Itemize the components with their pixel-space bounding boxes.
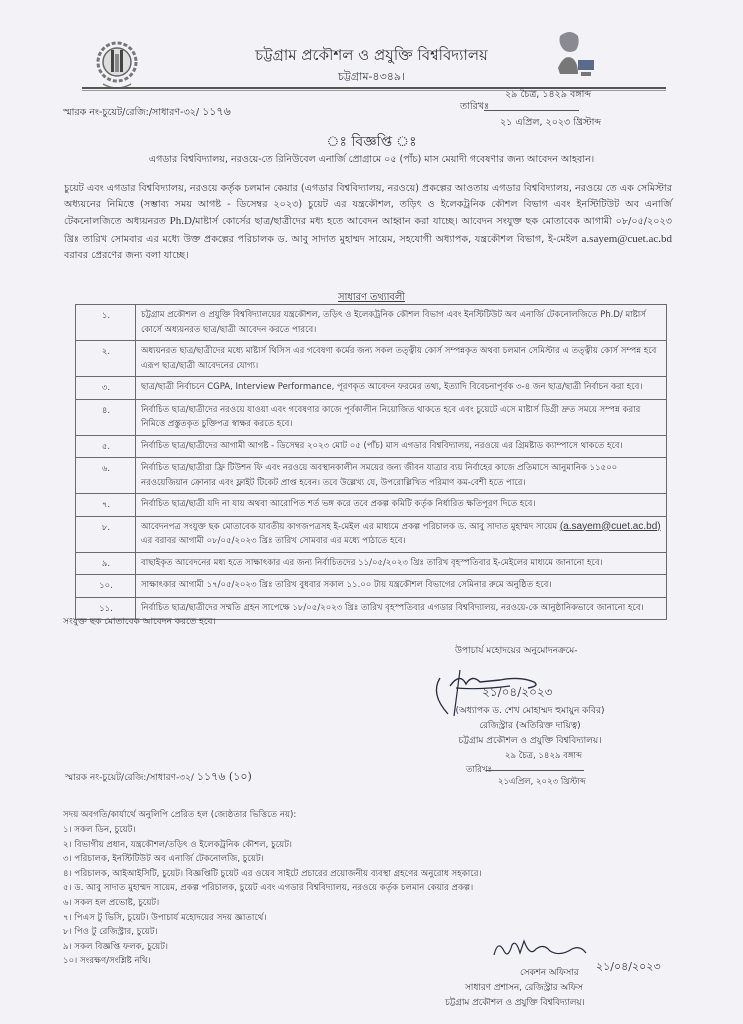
row-text-content: চট্টগ্রাম প্রকৌশল ও প্রযুক্তি বিশ্ববিদ্য… <box>141 310 646 335</box>
date-gregorian: ২১ এপ্রিল, ২০২৩ খ্রিস্টাব্দ <box>500 116 601 131</box>
row-text: আবেদনপত্র সংযুক্ত ছক মোতাবেক যাবতীয় কাগ… <box>136 516 667 552</box>
list-item: ১০। সংরক্ষণ/সংশ্লিষ্ট নথি। <box>63 954 482 969</box>
list-item: ২। বিভাগীয় প্রধান, যন্ত্রকৌশল/তড়িৎ ও ই… <box>63 838 482 853</box>
row-text: নির্বাচিত ছাত্র/ছাত্রীদের আগামী আগষ্ট - … <box>136 435 667 458</box>
row-text-content: অধ্যয়নরত ছাত্র/ছাত্রীদের মধ্যে মাষ্টার্… <box>141 346 656 371</box>
table-row: ৭.নির্বাচিত ছাত্র/ছাত্রী যদি না যায় অথব… <box>76 494 667 517</box>
list-item: ৫। ড. আবু সাদাত মুহাম্মদ সায়েম, প্রকল্প… <box>63 881 482 896</box>
section-officer-signed-date: ২১/০৪/২০২৩ <box>596 958 661 977</box>
row-number: ২. <box>76 341 136 377</box>
attachment-note: সংযুক্ত ছক মোতাবেক আবেদন করতে হবে। <box>63 614 216 629</box>
memo-prefix: স্মারক নং-চুয়েট/রেজি:/সাধারণ-৩২/ <box>63 107 199 118</box>
table-row: ৯.বাছাইকৃত আবেদনের মধ্য হতে সাক্ষাৎকার এ… <box>76 552 667 575</box>
copy-memo-handwritten-number: ১১৭৬ (১০) <box>197 770 252 783</box>
distribution-heading: সদয় অবগতি/কার্যার্থে অনুলিপি প্রেরিত হল… <box>63 808 296 822</box>
table-row: ৪.নির্বাচিত ছাত্র/ছাত্রীদের নরওয়ে যাওয়… <box>76 399 667 435</box>
date-bangla-2: ২৯ চৈত্র, ১৪২৯ বঙ্গাব্দ <box>505 749 582 763</box>
copy-memo-prefix: স্মারক নং-চুয়েট/রেজি:/সাধারণ-৩২/ <box>65 773 194 783</box>
contact-email-link[interactable]: (a.sayem@cuet.ac.bd) <box>560 521 661 532</box>
row-number: ৭. <box>76 494 136 517</box>
date-bangla: ২৯ চৈত্র, ১৪২৯ বঙ্গাব্দ <box>505 88 591 103</box>
row-text-content: বাছাইকৃত আবেদনের মধ্য হতে সাক্ষাৎকার এর … <box>141 558 603 568</box>
section-officer-office: সাধারণ প্রশাসন, রেজিস্ট্রার অফিস <box>465 980 583 995</box>
registrar-signed-date: ২১/০৪/২০২৩ <box>482 684 552 704</box>
date-label: তারিখঃ <box>460 100 489 115</box>
list-item: ৬। সকল হল প্রভোষ্ট, চুয়েট। <box>63 896 482 911</box>
section-officer-signature-icon <box>490 935 600 965</box>
registrar-title: রেজিস্ট্রার (অতিরিক্ত দায়িত্ব) <box>0 718 743 733</box>
notice-subject: এগডার বিশ্ববিদ্যালয়, নরওয়ে-তে রিনিউবেল… <box>0 153 743 168</box>
registrar-name: (অধ্যাপক ড. শেখ মোহাম্মদ হুমায়ুন কবির) <box>0 703 743 718</box>
row-text-content: এর বরাবর আগামী ০৮/০৫/২০২৩ খ্রিঃ তারিখ সো… <box>141 536 406 546</box>
notice-document: চট্টগ্রাম প্রকৌশল ও প্রযুক্তি বিশ্ববিদ্য… <box>0 0 743 1024</box>
row-text-content: নির্বাচিত ছাত্র/ছাত্রী যদি না যায় অথবা … <box>141 499 535 509</box>
section-officer-organization: চট্টগ্রাম প্রকৌশল ও প্রযুক্তি বিশ্ববিদ্য… <box>445 995 585 1010</box>
row-text: চট্টগ্রাম প্রকৌশল ও প্রযুক্তি বিশ্ববিদ্য… <box>136 305 667 341</box>
date-divider <box>484 110 579 111</box>
memo-number: স্মারক নং-চুয়েট/রেজি:/সাধারণ-৩২/ ১১৭৬ <box>63 103 231 122</box>
table-row: ৫.নির্বাচিত ছাত্র/ছাত্রীদের আগামী আগষ্ট … <box>76 435 667 458</box>
row-number: ৮. <box>76 516 136 552</box>
copy-memo-number: স্মারক নং-চুয়েট/রেজি:/সাধারণ-৩২/ ১১৭৬ (… <box>65 768 252 787</box>
university-name: চট্টগ্রাম প্রকৌশল ও প্রযুক্তি বিশ্ববিদ্য… <box>0 44 743 69</box>
row-text: বাছাইকৃত আবেদনের মধ্য হতে সাক্ষাৎকার এর … <box>136 552 667 575</box>
list-item: ১। সকল ডিন, চুয়েট। <box>63 823 482 838</box>
date-gregorian-2: ২১এপ্রিল, ২০২৩ খ্রিস্টাব্দ <box>498 775 586 789</box>
table-row: ২.অধ্যয়নরত ছাত্র/ছাত্রীদের মধ্যে মাষ্টা… <box>76 341 667 377</box>
list-item: ৪। পরিচালক, আইআইসিটি, চুয়েট। বিজ্ঞপ্তিট… <box>63 867 482 882</box>
date-divider-2 <box>486 770 584 771</box>
table-row: ১.চট্টগ্রাম প্রকৌশল ও প্রযুক্তি বিশ্ববিদ… <box>76 305 667 341</box>
list-item: ৮। পিও টু রেজিস্ট্রার, চুয়েট। <box>63 925 482 940</box>
memo-handwritten-number: ১১৭৬ <box>202 105 231 118</box>
notice-body: চুয়েট এবং এগডার বিশ্ববিদ্যালয়, নরওয়ে … <box>64 181 672 264</box>
table-row: ৬.নির্বাচিত ছাত্র/ছাত্রীরা ফ্রি টিউশন ফি… <box>76 458 667 494</box>
university-city: চট্টগ্রাম-৪৩৪৯। <box>0 68 743 87</box>
row-number: ৯. <box>76 552 136 575</box>
general-info-table: ১.চট্টগ্রাম প্রকৌশল ও প্রযুক্তি বিশ্ববিদ… <box>75 304 667 620</box>
body-text: বরাবর প্রেরণের জন্য বলা যাচ্ছে। <box>64 250 189 261</box>
table-row: ৩.ছাত্র/ছাত্রী নির্বাচনে CGPA, Interview… <box>76 377 667 400</box>
registrar-organization: চট্টগ্রাম প্রকৌশল ও প্রযুক্তি বিশ্ববিদ্য… <box>0 733 743 748</box>
table-row: ১০.সাক্ষাৎকার আগামী ১৭/০৫/২০২৩ খ্রিঃ তার… <box>76 575 667 598</box>
row-text: অধ্যয়নরত ছাত্র/ছাত্রীদের মধ্যে মাষ্টার্… <box>136 341 667 377</box>
distribution-list: ১। সকল ডিন, চুয়েট।২। বিভাগীয় প্রধান, য… <box>63 823 482 969</box>
row-number: ৩. <box>76 377 136 400</box>
row-text: সাক্ষাৎকার আগামী ১৭/০৫/২০২৩ খ্রিঃ তারিখ … <box>136 575 667 598</box>
list-item: ৯। সকল বিজ্ঞপ্তি ফলক, চুয়েট। <box>63 940 482 955</box>
row-text: নির্বাচিত ছাত্র/ছাত্রীদের নরওয়ে যাওয়া … <box>136 399 667 435</box>
row-text-content: আবেদনপত্র সংযুক্ত ছক মোতাবেক যাবতীয় কাগ… <box>141 522 560 532</box>
row-number: ১০. <box>76 575 136 598</box>
row-text: নির্বাচিত ছাত্র/ছাত্রীরা ফ্রি টিউশন ফি এ… <box>136 458 667 494</box>
row-text: ছাত্র/ছাত্রী নির্বাচনে CGPA, Interview P… <box>136 377 667 400</box>
approval-line: উপাচার্য মহোদয়ের অনুমোদনক্রমে- <box>455 643 578 658</box>
list-item: ৩। পরিচালক, ইনস্টিটিউট অব এনার্জি টেকনোল… <box>63 852 482 867</box>
list-item: ৭। পিএস টু ভিসি, চুয়েট। উপাচার্য মহোদয়… <box>63 911 482 926</box>
row-text-content: ছাত্র/ছাত্রী নির্বাচনে CGPA, Interview P… <box>141 382 642 392</box>
row-text-content: নির্বাচিত ছাত্র/ছাত্রীদের সম্মতি গ্রহন স… <box>141 603 644 613</box>
body-text-en: Ph.D <box>170 215 192 227</box>
row-number: ৪. <box>76 399 136 435</box>
row-number: ১. <box>76 305 136 341</box>
row-text: নির্বাচিত ছাত্র/ছাত্রী যদি না যায় অথবা … <box>136 494 667 517</box>
row-number: ৬. <box>76 458 136 494</box>
row-number: ৫. <box>76 435 136 458</box>
table-row: ৮.আবেদনপত্র সংযুক্ত ছক মোতাবেক যাবতীয় ক… <box>76 516 667 552</box>
section-officer-title: সেকশন অফিসার <box>520 965 579 980</box>
row-text-content: নির্বাচিত ছাত্র/ছাত্রীদের আগামী আগষ্ট - … <box>141 441 623 451</box>
row-text-content: সাক্ষাৎকার আগামী ১৭/০৫/২০২৩ খ্রিঃ তারিখ … <box>141 580 551 590</box>
row-text-content: নির্বাচিত ছাত্র/ছাত্রীদের নরওয়ে যাওয়া … <box>141 405 640 430</box>
notice-title: ঃ বিজ্ঞপ্তি ঃ <box>0 130 743 154</box>
contact-email[interactable]: a.sayem@cuet.ac.bd <box>582 233 672 245</box>
row-text-content: নির্বাচিত ছাত্র/ছাত্রীরা ফ্রি টিউশন ফি এ… <box>141 463 617 488</box>
